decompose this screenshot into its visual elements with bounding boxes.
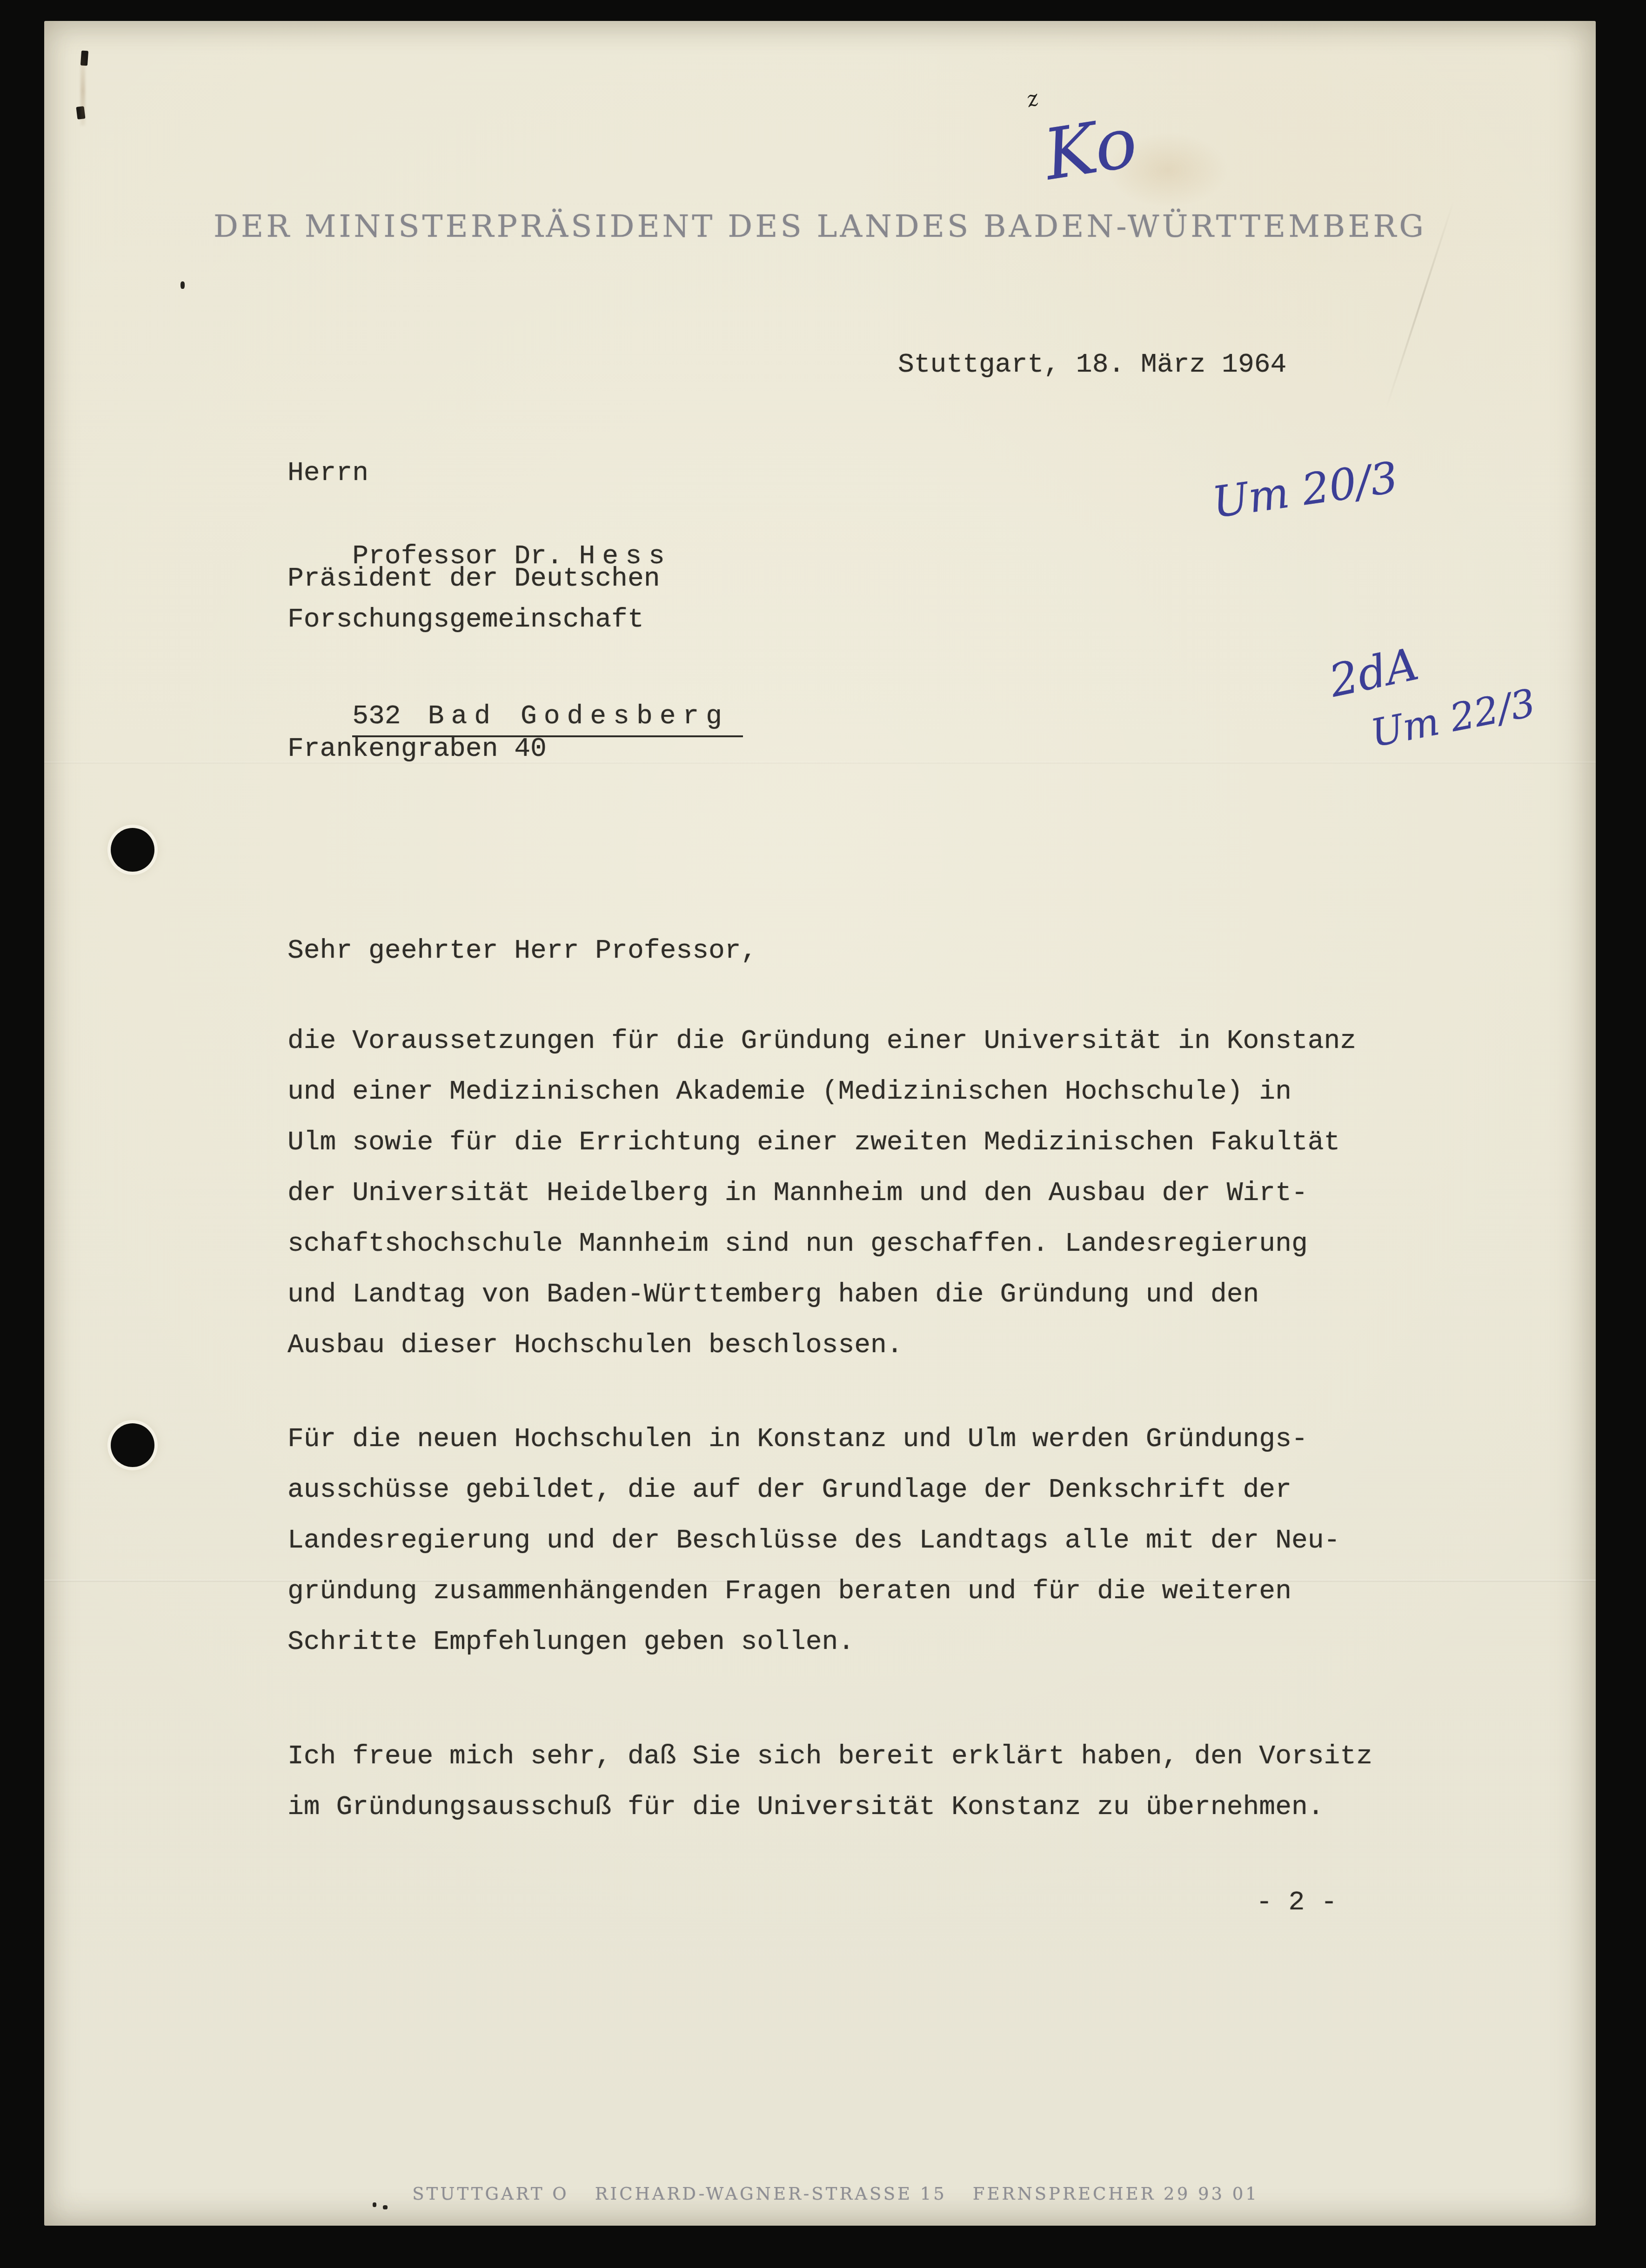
body-line: im Gründungsausschuß für die Universität…	[288, 1792, 1324, 1823]
body-line: und einer Medizinischen Akademie (Medizi…	[288, 1077, 1291, 1107]
address-line-dfg: Forschungsgemeinschaft	[288, 605, 644, 635]
body-line: Ich freue mich sehr, daß Sie sich bereit…	[288, 1741, 1372, 1772]
letterhead-footer: STUTTGART ORICHARD-WAGNER-STRASSE 15FERN…	[44, 2164, 1596, 2224]
fold-crease-faint	[44, 761, 1596, 764]
postal-code: 532	[352, 701, 401, 732]
address-city-underlined: 532Bad Godesberg	[352, 701, 743, 737]
body-line: ausschüsse gebildet, die auf der Grundla…	[288, 1475, 1291, 1506]
body-line: Schritte Empfehlungen geben sollen.	[288, 1627, 854, 1658]
handwritten-zda-note: 2dA	[1325, 638, 1423, 707]
ink-speck	[181, 281, 185, 289]
body-line: Für die neuen Hochschulen in Konstanz un…	[288, 1424, 1308, 1455]
body-line: Landesregierung und der Beschlüsse des L…	[288, 1526, 1340, 1556]
dateline: Stuttgart, 18. März 1964	[898, 350, 1286, 380]
scanned-letter-page: { "document": { "kind": "typewritten let…	[0, 0, 1646, 2268]
letter-paper: DER MINISTERPRÄSIDENT DES LANDES BADEN-W…	[44, 21, 1596, 2226]
letterhead-title: DER MINISTERPRÄSIDENT DES LANDES BADEN-W…	[44, 208, 1596, 244]
handwritten-check-mark: z	[1024, 85, 1041, 112]
handwritten-date-note-1: Um 20/3	[1210, 453, 1401, 528]
footer-phone: FERNSPRECHER 29 93 01	[973, 2184, 1259, 2204]
body-line: die Voraussetzungen für die Gründung ein…	[288, 1026, 1356, 1057]
body-line: Ausbau dieser Hochschulen beschlossen.	[288, 1330, 903, 1361]
body-line: gründung zusammenhängenden Fragen berate…	[288, 1576, 1291, 1607]
address-line-herrn: Herrn	[288, 458, 368, 489]
staple-rust-streak	[80, 56, 85, 126]
footer-street: RICHARD-WAGNER-STRASSE 15	[595, 2184, 947, 2204]
punch-hole-lower	[111, 1423, 154, 1467]
page-marker: - 2 -	[1256, 1888, 1337, 1918]
body-line: Ulm sowie für die Errichtung einer zweit…	[288, 1127, 1340, 1158]
city-name: Bad Godesberg	[428, 701, 729, 732]
body-line: und Landtag von Baden-Württemberg haben …	[288, 1280, 1259, 1310]
address-line-street: Frankengraben 40	[288, 734, 547, 765]
footer-city: STUTTGART O	[412, 2184, 569, 2204]
handwritten-ko: Ko	[1039, 102, 1143, 196]
punch-hole-upper	[111, 828, 154, 872]
salutation: Sehr geehrter Herr Professor,	[288, 936, 757, 967]
address-line-praesident: Präsident der Deutschen	[288, 564, 660, 594]
body-line: schaftshochschule Mannheim sind nun gesc…	[288, 1229, 1308, 1260]
body-line: der Universität Heidelberg in Mannheim u…	[288, 1178, 1308, 1209]
